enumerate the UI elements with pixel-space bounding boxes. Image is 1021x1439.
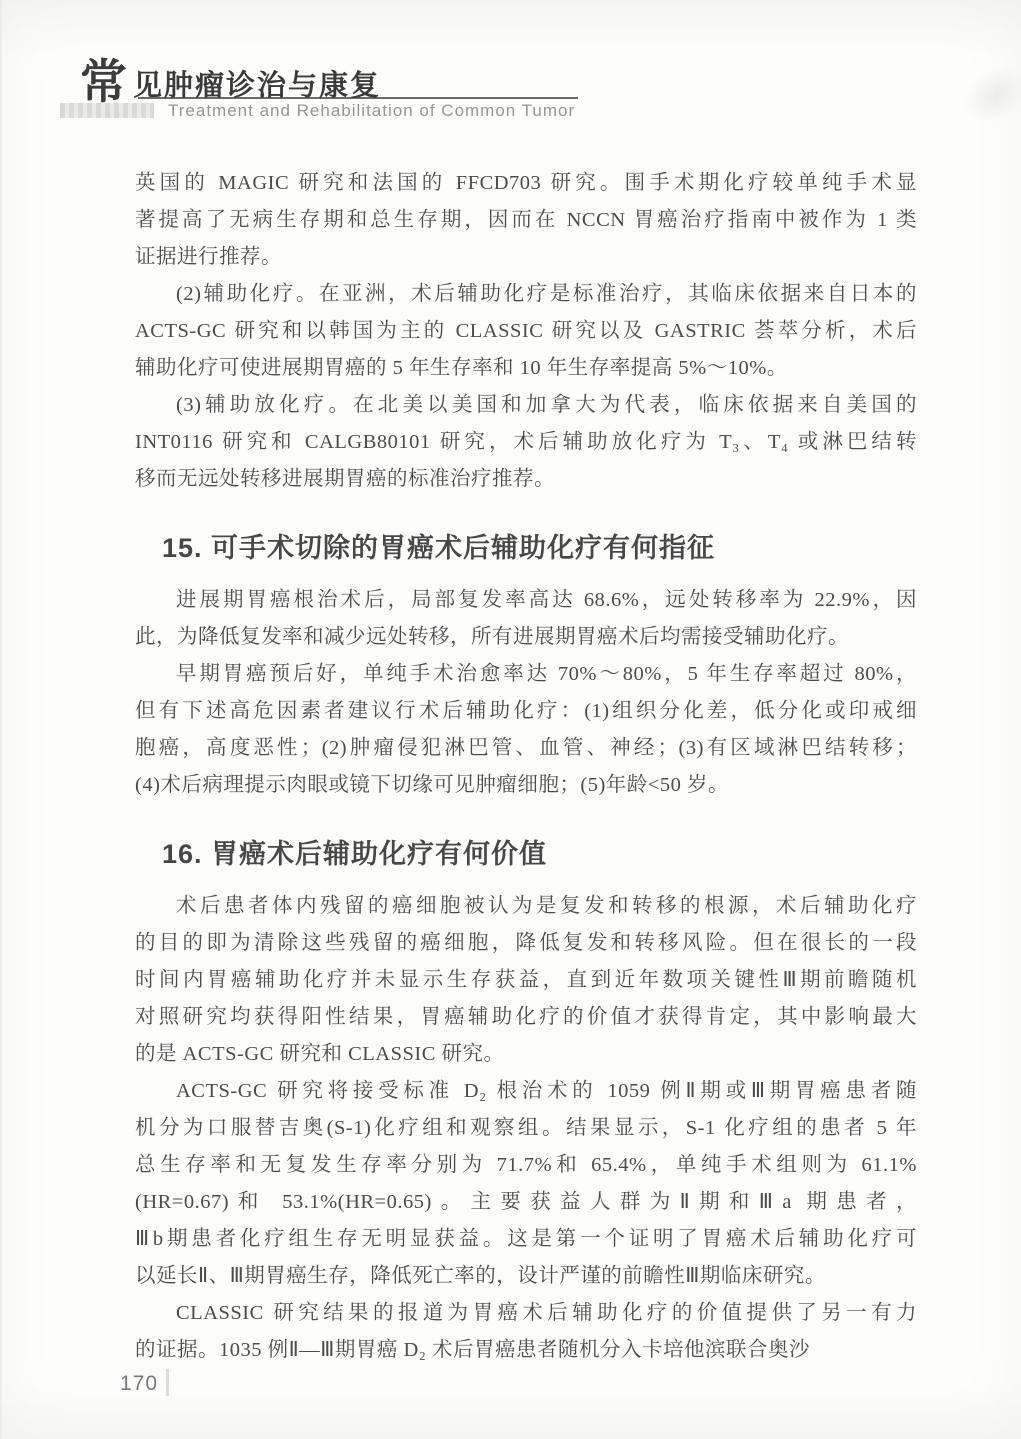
book-title-first-char: 常 [80, 58, 127, 105]
text-line: (HR=0.67)和 53.1%(HR=0.65)。主要获益人群为Ⅱ期和Ⅲa 期… [135, 1184, 917, 1221]
text-line: 进展期胃癌根治术后，局部复发率高达 68.6%，远处转移率为 22.9%，因 [135, 582, 917, 619]
text-line: 辅助化疗可使进展期胃癌的 5 年生存率和 10 年生存率提高 5%～10%。 [135, 350, 917, 387]
text-line: INT0116 研究和 CALGB80101 研究，术后辅助放化疗为 T₃、T₄… [135, 424, 917, 461]
text-line: 的证据。1035 例Ⅱ—Ⅲ期胃癌 D₂ 术后胃癌患者随机分入卡培他滨联合奥沙 [135, 1332, 917, 1369]
text-line: (2)辅助化疗。在亚洲，术后辅助化疗是标准治疗，其临床依据来自日本的 [135, 276, 917, 313]
text-line: 移而无远处转移进展期胃癌的标准治疗推荐。 [135, 461, 917, 498]
book-header: 常 见肿瘤诊治与康复 Treatment and Rehabilitation … [80, 58, 960, 133]
text-line: 的是 ACTS-GC 研究和 CLASSIC 研究。 [135, 1036, 917, 1073]
text-line: 对照研究均获得阳性结果，胃癌辅助化疗的价值才获得肯定，其中影响最大 [135, 999, 917, 1036]
text-line: 胞癌，高度恶性；(2)肿瘤侵犯淋巴管、血管、神经；(3)有区域淋巴结转移； [135, 730, 917, 767]
section-heading: 16. 胃癌术后辅助化疗有何价值 [162, 834, 917, 874]
text-line: 机分为口服替吉奥(S-1)化疗组和观察组。结果显示，S-1 化疗组的患者 5 年 [135, 1110, 917, 1147]
text-line: 著提高了无病生存期和总生存期，因而在 NCCN 胃癌治疗指南中被作为 1 类 [135, 202, 917, 239]
text-line: Ⅲb期患者化疗组生存无明显获益。这是第一个证明了胃癌术后辅助化疗可 [135, 1221, 917, 1258]
paragraph: 进展期胃癌根治术后，局部复发率高达 68.6%，远处转移率为 22.9%，因此，… [135, 582, 917, 656]
page-body: 英国的 MAGIC 研究和法国的 FFCD703 研究。围手术期化疗较单纯手术显… [135, 165, 917, 1369]
text-line: 时间内胃癌辅助化疗并未显示生存获益，直到近年数项关键性Ⅲ期前瞻随机 [135, 962, 917, 999]
text-line: 证据进行推荐。 [135, 239, 917, 276]
book-title-rest: 见肿瘤诊治与康复 [127, 72, 381, 105]
text-line: (3)辅助放化疗。在北美以美国和加拿大为代表，临床依据来自美国的 [135, 387, 917, 424]
page-number-divider [166, 1369, 169, 1396]
paragraph: 术后患者体内残留的癌细胞被认为是复发和转移的根源，术后辅助化疗的目的即为清除这些… [135, 888, 917, 1073]
text-line: 英国的 MAGIC 研究和法国的 FFCD703 研究。围手术期化疗较单纯手术显 [135, 165, 917, 202]
paragraph: ACTS-GC 研究将接受标准 D₂ 根治术的 1059 例Ⅱ期或Ⅲ期胃癌患者随… [135, 1073, 917, 1295]
text-line: (4)术后病理提示肉眼或镜下切缘可见肿瘤细胞；(5)年龄<50 岁。 [135, 767, 917, 804]
scanned-book-page: 常 见肿瘤诊治与康复 Treatment and Rehabilitation … [0, 0, 1021, 1439]
paragraph: 英国的 MAGIC 研究和法国的 FFCD703 研究。围手术期化疗较单纯手术显… [135, 165, 917, 276]
page-number: 170 [120, 1372, 158, 1396]
section-heading: 15. 可手术切除的胃癌术后辅助化疗有何指征 [162, 528, 917, 568]
paragraph: (3)辅助放化疗。在北美以美国和加拿大为代表，临床依据来自美国的INT0116 … [135, 387, 917, 498]
text-line: 此，为降低复发率和减少远处转移，所有进展期胃癌术后均需接受辅助化疗。 [135, 619, 917, 656]
text-line: CLASSIC 研究结果的报道为胃癌术后辅助化疗的价值提供了另一有力 [135, 1295, 917, 1332]
text-line: ACTS-GC 研究将接受标准 D₂ 根治术的 1059 例Ⅱ期或Ⅲ期胃癌患者随 [135, 1073, 917, 1110]
paragraph: CLASSIC 研究结果的报道为胃癌术后辅助化疗的价值提供了另一有力的证据。10… [135, 1295, 917, 1369]
text-line: 以延长Ⅱ、Ⅲ期胃癌生存，降低死亡率的，设计严谨的前瞻性Ⅲ期临床研究。 [135, 1258, 917, 1295]
paragraph: (2)辅助化疗。在亚洲，术后辅助化疗是标准治疗，其临床依据来自日本的ACTS-G… [135, 276, 917, 387]
book-title: 常 见肿瘤诊治与康复 [80, 58, 960, 105]
text-line: 的目的即为清除这些残留的癌细胞，降低复发和转移风险。但在很长的一段 [135, 925, 917, 962]
text-line: 术后患者体内残留的癌细胞被认为是复发和转移的根源，术后辅助化疗 [135, 888, 917, 925]
text-line: 早期胃癌预后好，单纯手术治愈率达 70%～80%，5 年生存率超过 80%， [135, 656, 917, 693]
text-line: ACTS-GC 研究和以韩国为主的 CLASSIC 研究以及 GASTRIC 荟… [135, 313, 917, 350]
paragraph: 早期胃癌预后好，单纯手术治愈率达 70%～80%，5 年生存率超过 80%，但有… [135, 656, 917, 804]
text-line: 总生存率和无复发生存率分别为 71.7%和 65.4%，单纯手术组则为 61.1… [135, 1147, 917, 1184]
text-line: 但有下述高危因素者建议行术后辅助化疗：(1)组织分化差，低分化或印戒细 [135, 693, 917, 730]
scan-artifact [953, 56, 1021, 134]
